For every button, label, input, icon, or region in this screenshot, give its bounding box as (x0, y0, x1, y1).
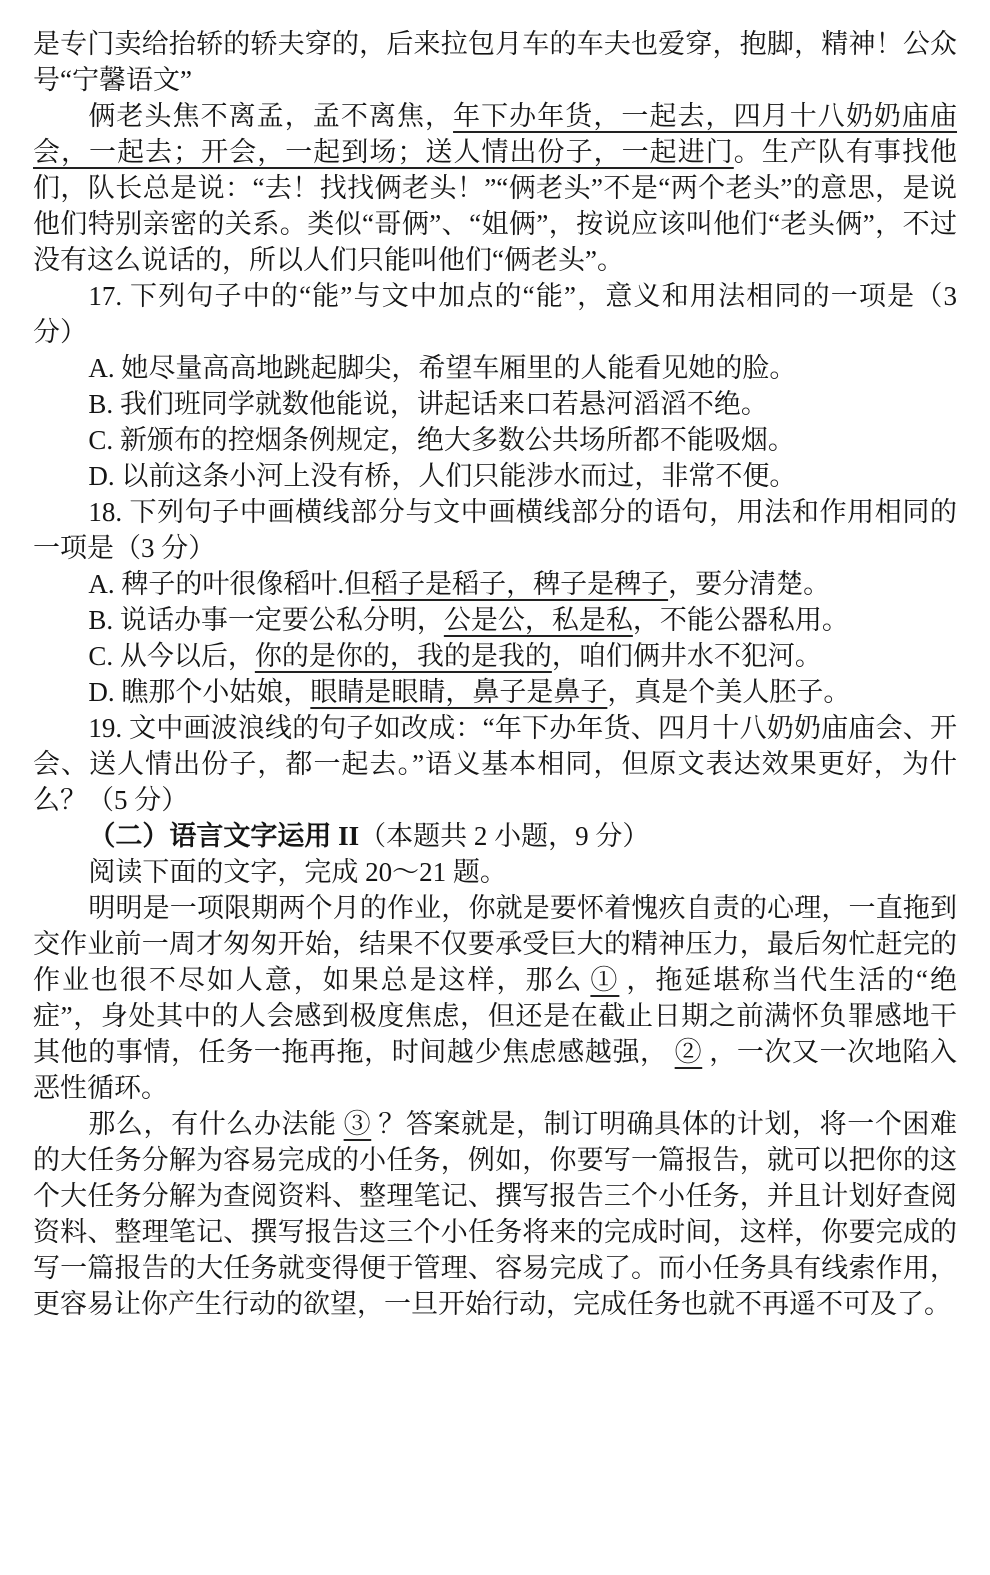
question-19: 19. 文中画波浪线的句子如改成：“年下办年货、四月十八奶奶庙庙会、开会、送人情… (33, 710, 957, 818)
question-18: 18. 下列句子中画横线部分与文中画横线部分的语句，用法和作用相同的一项是（3 … (33, 494, 957, 566)
passage2-paragraph-1: 明明是一项限期两个月的作业，你就是要怀着愧疚自责的心理，一直拖到交作业前一周才匆… (33, 890, 957, 1106)
document-body: 是专门卖给抬轿的轿夫穿的，后来拉包月车的车夫也爱穿，抱脚，精神！公众号“宁馨语文… (33, 26, 957, 1322)
text-run: 俩老头焦不离孟，孟不离焦， (88, 101, 453, 131)
circled-number-blank: ① (583, 965, 626, 995)
text-run: ，不能公器私用。 (633, 605, 849, 635)
text-run: A. 她尽量高高地跳起脚尖，希望车厢里的人能看见她的脸。 (88, 353, 796, 383)
text-run: A. 稗子的叶很像稻叶.但 (88, 569, 371, 599)
text-run: （本题共 2 小题，9 分） (359, 821, 649, 851)
underlined-text-run: 眼睛是眼睛，鼻子是鼻子 (310, 677, 607, 707)
passage2-paragraph-2: 那么，有什么办法能③？答案就是，制订明确具体的计划，将一个困难的大任务分解为容易… (33, 1106, 957, 1322)
circled-number-blank: ② (668, 1037, 710, 1067)
passage-paragraph-lialaotou: 俩老头焦不离孟，孟不离焦，年下办年货，一起去，四月十八奶奶庙庙会，一起去；开会，… (33, 98, 957, 278)
text-run: ？答案就是，制订明确具体的计划，将一个困难的大任务分解为容易完成的小任务，例如，… (33, 1109, 957, 1319)
text-run: ，咱们俩井水不犯河。 (552, 641, 822, 671)
text-run: D. 瞧那个小姑娘， (88, 677, 310, 707)
question-17: 17. 下列句子中的“能”与文中加点的“能”，意义和用法相同的一项是（3 分） (33, 278, 957, 350)
text-run: 是专门卖给抬轿的轿夫穿的，后来拉包月车的车夫也爱穿，抱脚，精神！公众号“宁馨语文… (33, 29, 957, 95)
underlined-text-run: 公是公，私是私 (444, 605, 633, 635)
text-run: 那么，有什么办法能 (88, 1109, 336, 1139)
text-run: （二）语言文字运用 II (88, 821, 359, 851)
text-run: ，真是个美人胚子。 (607, 677, 850, 707)
text-run: 阅读下面的文字，完成 20～21 题。 (88, 857, 507, 887)
text-run: 19. 文中画波浪线的句子如改成：“年下办年货、四月十八奶奶庙庙会、开会、送人情… (33, 713, 957, 815)
q18-option-d: D. 瞧那个小姑娘，眼睛是眼睛，鼻子是鼻子，真是个美人胚子。 (33, 674, 957, 710)
q17-option-d: D. 以前这条小河上没有桥，人们只能涉水而过，非常不便。 (33, 458, 957, 494)
q18-option-c: C. 从今以后，你的是你的，我的是我的，咱们俩井水不犯河。 (33, 638, 957, 674)
underlined-text-run: 稻子是稻子，稗子是稗子 (371, 569, 668, 599)
q17-option-a: A. 她尽量高高地跳起脚尖，希望车厢里的人能看见她的脸。 (33, 350, 957, 386)
q18-option-b: B. 说话办事一定要公私分明，公是公，私是私，不能公器私用。 (33, 602, 957, 638)
text-run: ，要分清楚。 (668, 569, 830, 599)
q17-option-c: C. 新颁布的控烟条例规定，绝大多数公共场所都不能吸烟。 (33, 422, 957, 458)
intro-continuation-paragraph: 是专门卖给抬轿的轿夫穿的，后来拉包月车的车夫也爱穿，抱脚，精神！公众号“宁馨语文… (33, 26, 957, 98)
exam-page: 是专门卖给抬轿的轿夫穿的，后来拉包月车的车夫也爱穿，抱脚，精神！公众号“宁馨语文… (0, 0, 990, 1575)
text-run: C. 从今以后， (88, 641, 255, 671)
q18-option-a: A. 稗子的叶很像稻叶.但稻子是稻子，稗子是稗子，要分清楚。 (33, 566, 957, 602)
text-run: B. 我们班同学就数他能说，讲起话来口若悬河滔滔不绝。 (88, 389, 768, 419)
underlined-text-run: 你的是你的，我的是我的 (255, 641, 552, 671)
section-2-header: （二）语言文字运用 II（本题共 2 小题，9 分） (33, 818, 957, 854)
q17-option-b: B. 我们班同学就数他能说，讲起话来口若悬河滔滔不绝。 (33, 386, 957, 422)
text-run: C. 新颁布的控烟条例规定，绝大多数公共场所都不能吸烟。 (88, 425, 795, 455)
text-run: 18. 下列句子中画横线部分与文中画横线部分的语句，用法和作用相同的一项是（3 … (33, 497, 957, 563)
circled-number-blank: ③ (337, 1109, 379, 1139)
text-run: B. 说话办事一定要公私分明， (88, 605, 444, 635)
text-run: 17. 下列句子中的“能”与文中加点的“能”，意义和用法相同的一项是（3 分） (33, 281, 957, 347)
reading-instruction: 阅读下面的文字，完成 20～21 题。 (33, 854, 957, 890)
text-run: D. 以前这条小河上没有桥，人们只能涉水而过，非常不便。 (88, 461, 796, 491)
